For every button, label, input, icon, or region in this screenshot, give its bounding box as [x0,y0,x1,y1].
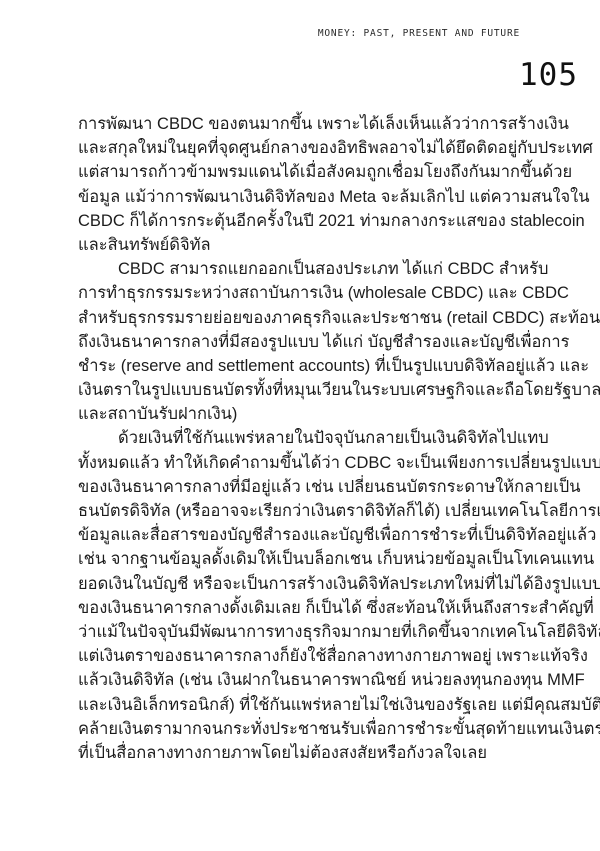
text-line: คล้ายเงินตรามากจนกระทั่งประชาชนรับเพื่อก… [78,717,525,741]
text-line: การพัฒนา CBDC ของตนมากขึ้น เพราะได้เล็งเ… [78,112,525,136]
text-line: ที่เป็นสื่อกลางทางกายภาพโดยไม่ต้องสงสัยห… [78,741,525,765]
text-line: และเงินอิเล็กทรอนิกส์) ที่ใช้กันแพร่หลาย… [78,693,525,717]
text-line: แล้วเงินดิจิทัล (เช่น เงินฝากในธนาคารพาณ… [78,668,525,692]
text-line: ชำระ (reserve and settlement accounts) ท… [78,354,525,378]
text-line: และสถาบันรับฝากเงิน) [78,402,525,426]
text-line: ของเงินธนาคารกลางที่มีอยู่แล้ว เช่น เปลี… [78,475,525,499]
text-line: ยอดเงินในบัญชี หรือจะเป็นการสร้างเงินดิจ… [78,572,525,596]
paragraph: CBDC สามารถแยกออกเป็นสองประเภท ได้แก่ CB… [78,257,525,426]
text-line: แต่เงินตราของธนาคารกลางก็ยังใช้สื่อกลางท… [78,644,525,668]
running-header: MONEY: PAST, PRESENT AND FUTURE [318,28,520,39]
text-line: เช่น จากฐานข้อมูลดั้งเดิมให้เป็นบล็อกเชน… [78,547,525,571]
text-line: การทำธุรกรรมระหว่างสถาบันการเงิน (wholes… [78,281,525,305]
book-page: MONEY: PAST, PRESENT AND FUTURE 105 การพ… [0,0,600,851]
text-line: CBDC สามารถแยกออกเป็นสองประเภท ได้แก่ CB… [78,257,525,281]
text-line: ธนบัตรดิจิทัล (หรืออาจจะเรียกว่าเงินตราด… [78,499,525,523]
text-line: ถึงเงินธนาคารกลางที่มีสองรูปแบบ ได้แก่ บ… [78,330,525,354]
paragraph: ด้วยเงินที่ใช้กันแพร่หลายในปัจจุบันกลายเ… [78,426,525,765]
body-text: การพัฒนา CBDC ของตนมากขึ้น เพราะได้เล็งเ… [78,112,525,765]
text-line: ว่าแม้ในปัจจุบันมีพัฒนาการทางธุรกิจมากมา… [78,620,525,644]
text-line: ข้อมูลและสื่อสารของบัญชีสำรองและบัญชีเพื… [78,523,525,547]
text-line: CBDC ก็ได้การกระตุ้นอีกครั้งในปี 2021 ท่… [78,209,525,233]
text-line: แต่สามารถก้าวข้ามพรมแดนได้เมื่อสังคมถูกเ… [78,160,525,184]
text-line: และสกุลใหม่ในยุคที่จุดศูนย์กลางของอิทธิพ… [78,136,525,160]
text-line: สำหรับธุรกรรมรายย่อยของภาคธุรกิจและประชา… [78,306,525,330]
text-line: ทั้งหมดแล้ว ทำให้เกิดคำถามขึ้นได้ว่า CDB… [78,451,525,475]
text-line: ด้วยเงินที่ใช้กันแพร่หลายในปัจจุบันกลายเ… [78,426,525,450]
text-line: ข้อมูล แม้ว่าการพัฒนาเงินดิจิทัลของ Meta… [78,185,525,209]
text-line: เงินตราในรูปแบบธนบัตรทั้งที่หมุนเวียนในร… [78,378,525,402]
page-number: 105 [519,60,578,91]
text-line: ของเงินธนาคารกลางดั้งเดิมเลย ก็เป็นได้ ซ… [78,596,525,620]
paragraph: การพัฒนา CBDC ของตนมากขึ้น เพราะได้เล็งเ… [78,112,525,257]
text-line: และสินทรัพย์ดิจิทัล [78,233,525,257]
